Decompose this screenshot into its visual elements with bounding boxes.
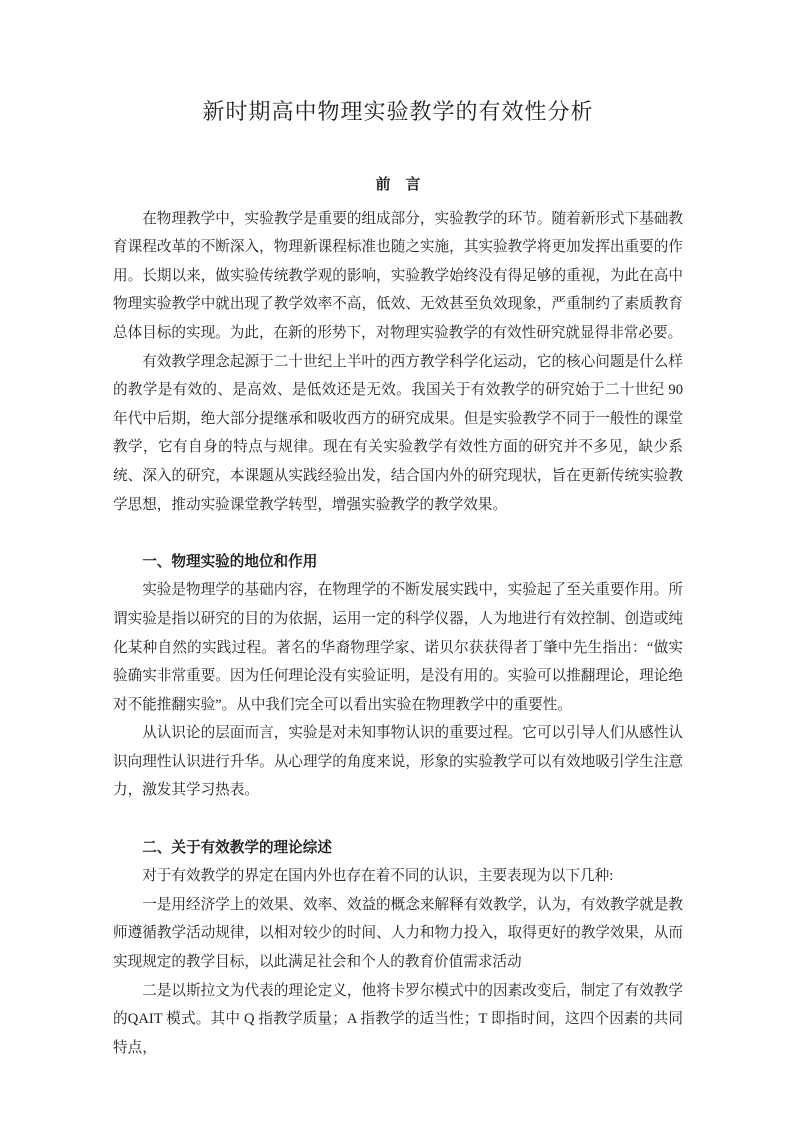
section-2-paragraph-2: 一是用经济学上的效果、效率、效益的概念来解释有效教学，认为，有效教学就是教师遵循… xyxy=(113,891,683,977)
section-2-paragraph-1: 对于有效教学的界定在国内外也存在着不同的认识，主要表现为以下几种: xyxy=(113,862,683,891)
preface-paragraph-1: 在物理教学中，实验教学是重要的组成部分，实验教学的环节。随着新形式下基础教育课程… xyxy=(113,205,683,348)
preface-heading: 前 言 xyxy=(113,171,683,200)
section-2-paragraph-3: 二是以斯拉文为代表的理论定义，他将卡罗尔模式中的因素改变后，制定了有效教学的QA… xyxy=(113,977,683,1063)
section-1-paragraph-2: 从认识论的层面而言，实验是对未知事物认识的重要过程。它可以引导人们从感性认识向理… xyxy=(113,719,683,805)
section-heading-2: 二、关于有效教学的理论综述 xyxy=(113,834,683,863)
section-1-paragraph-1: 实验是物理学的基础内容，在物理学的不断发展实践中，实验起了至关重要作用。所谓实验… xyxy=(113,576,683,719)
section-heading-1: 一、物理实验的地位和作用 xyxy=(113,548,683,577)
preface-paragraph-2: 有效教学理念起源于二十世纪上半叶的西方教学科学化运动，它的核心问题是什么样的教学… xyxy=(113,348,683,520)
document-title: 新时期高中物理实验教学的有效性分析 xyxy=(113,97,683,127)
document-page: 新时期高中物理实验教学的有效性分析 前 言 在物理教学中，实验教学是重要的组成部… xyxy=(0,0,793,1122)
